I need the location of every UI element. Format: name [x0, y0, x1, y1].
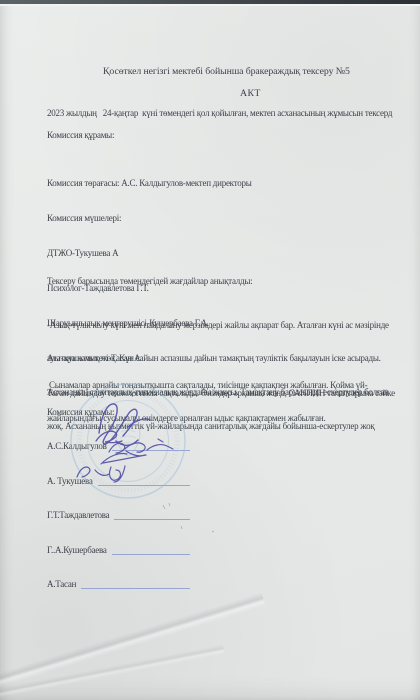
signatory-name: А.Тасан	[47, 579, 76, 590]
signature-row: А. Тукушева	[47, 475, 190, 487]
paper-top-edge	[0, 4, 420, 6]
signatory-name: Г.Т.Таждавлетова	[47, 510, 109, 521]
signature-row: А.Тасан	[47, 579, 190, 591]
signature-section-header: Комиссия құрамы:	[47, 407, 114, 418]
date-line: 2023 жылдың 24-қаңтар күні төмендегі қол…	[47, 108, 392, 119]
signature-line	[112, 450, 190, 451]
document-title: Қосөткел негізгі мектебі бойынша бракера…	[103, 66, 350, 77]
signature-row: А.С.Калдыгулов	[47, 441, 190, 453]
commission-header: Комиссия құрамы:	[47, 130, 114, 141]
commission-chairman: Комиссия төрағасы: А.С. Калдыгулов-мекте…	[47, 178, 252, 190]
act-heading: АКТ	[240, 88, 261, 99]
findings-header: Тексеру барысында төмендегідей жағдайлар…	[47, 276, 252, 287]
signatory-name: Г..А.Кушербаева	[47, 545, 107, 556]
signatory-name: А.С.Калдыгулов	[47, 441, 107, 452]
signatory-name: А. Тукушева	[47, 476, 93, 487]
signature-line	[98, 485, 190, 486]
commission-member: ДТЖО-Тукушева А	[47, 248, 252, 260]
signature-line	[112, 554, 190, 555]
findings-paragraph-3: Тағам дайындау технологиясы сақталады. Ө…	[47, 388, 395, 399]
commission-members-label: Комиссия мүшелері:	[47, 213, 252, 225]
scanned-document: Қосөткел негізгі мектебі бойынша бракера…	[0, 0, 420, 700]
signature-line	[114, 519, 190, 520]
text-line: -Азық-түлік келу күні мен пайдалану мерз…	[47, 320, 389, 331]
signature-row: Г..А.Кушербаева	[47, 544, 190, 556]
signature-row: Г.Т.Таждавлетова	[47, 510, 190, 522]
signature-block: А.С.Калдыгулов А. Тукушева Г.Т.Таждавлет…	[47, 418, 190, 613]
signature-line	[81, 588, 190, 589]
